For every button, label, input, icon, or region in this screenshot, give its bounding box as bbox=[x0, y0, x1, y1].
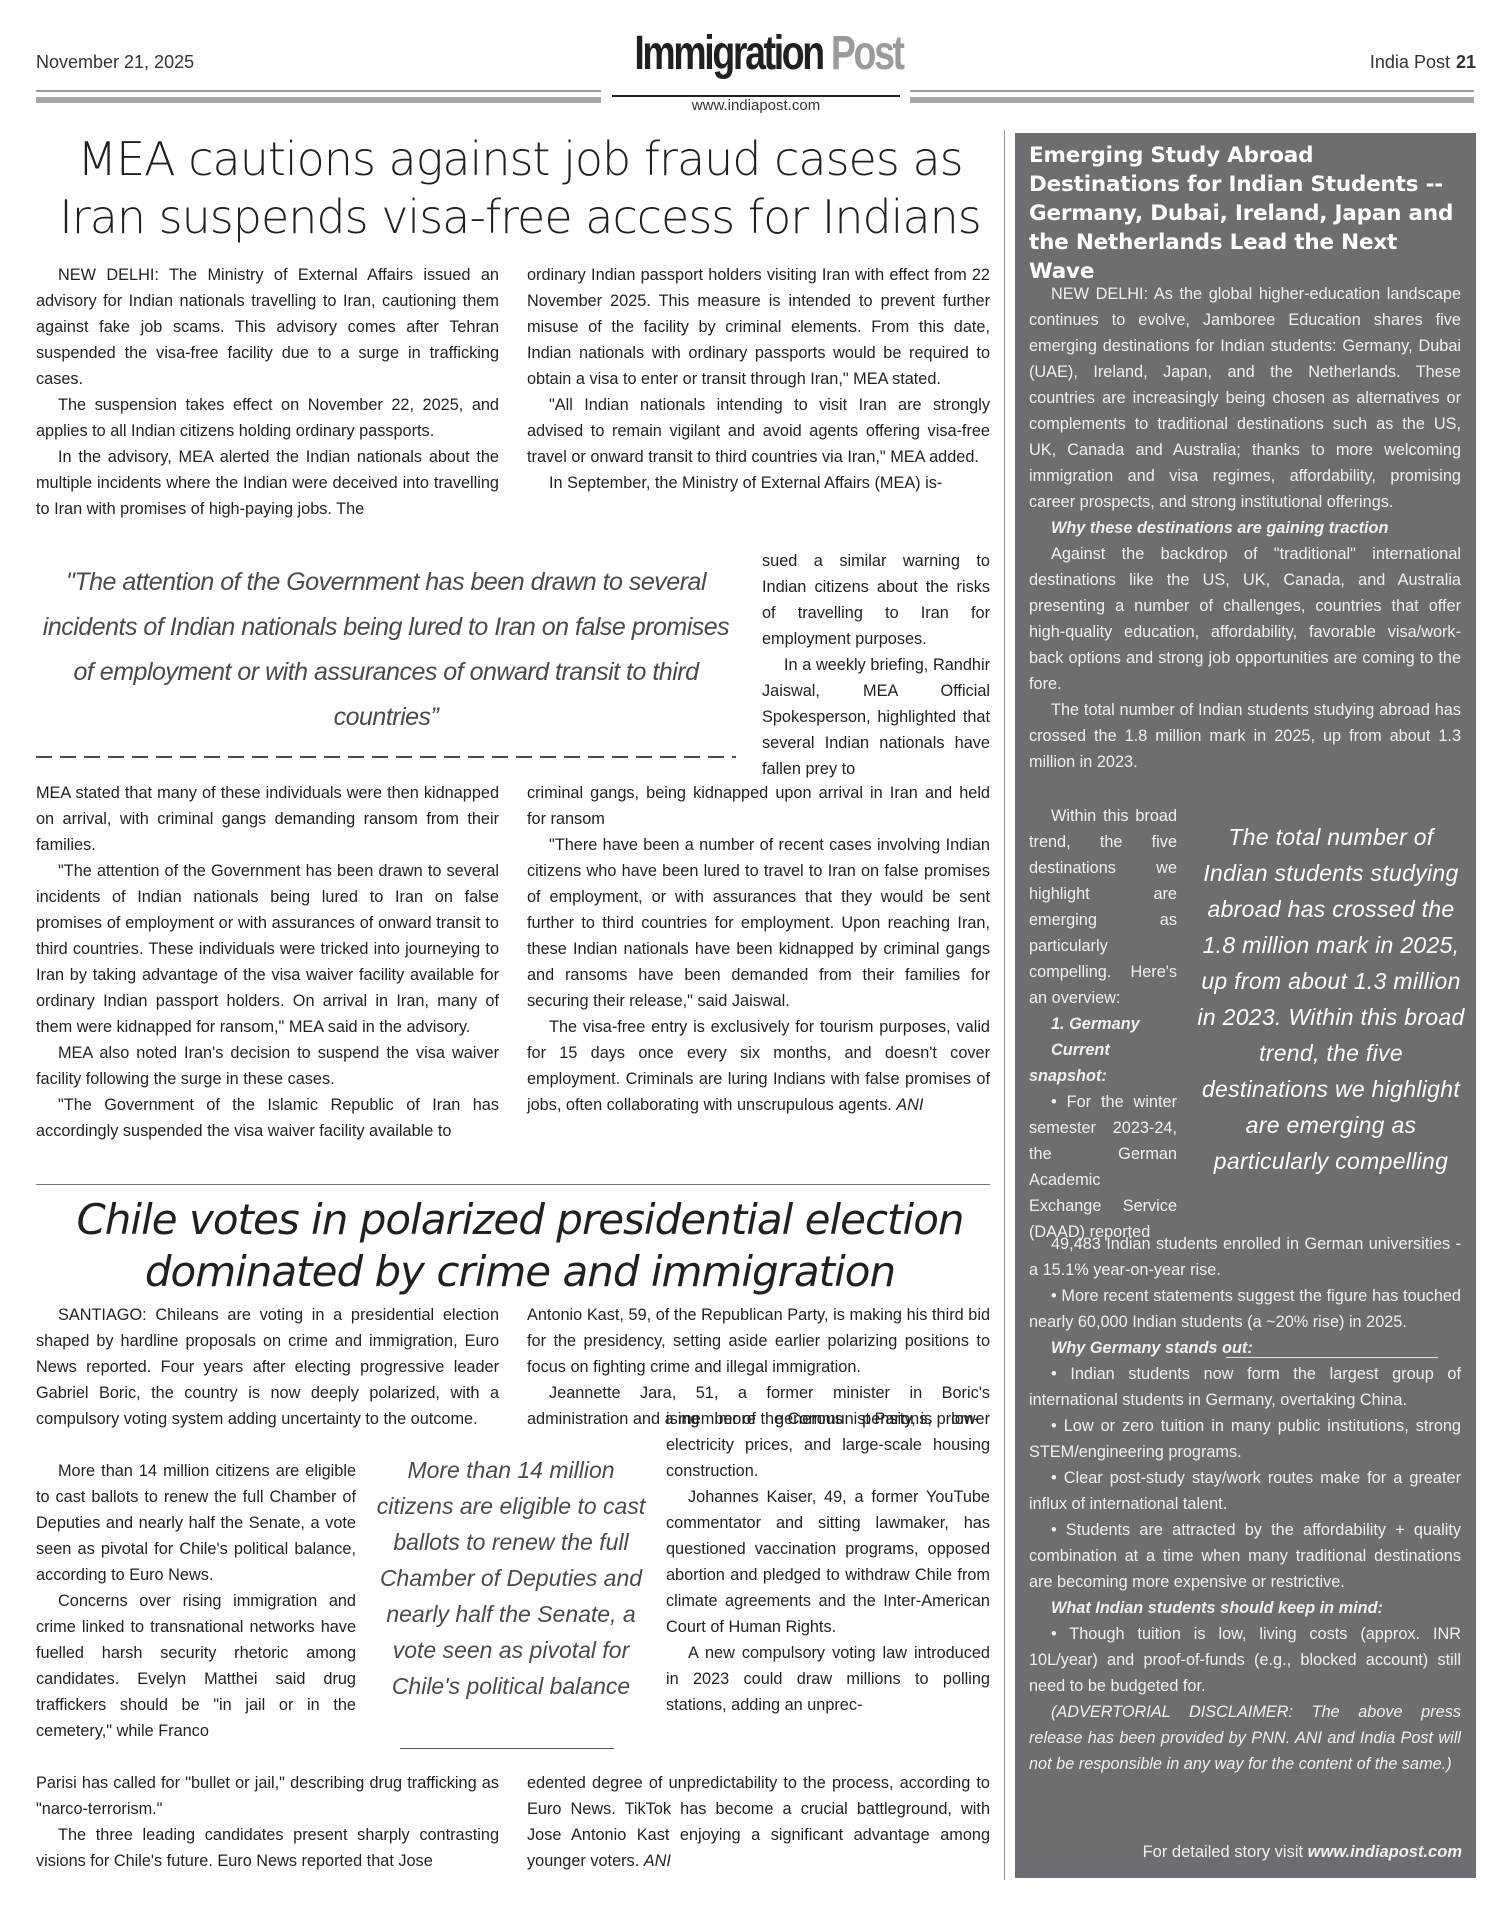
paragraph: NEW DELHI: The Ministry of External Affa… bbox=[36, 262, 499, 392]
paragraph: edented degree of unpredictability to th… bbox=[527, 1770, 990, 1874]
paragraph: "All Indian nationals intending to visit… bbox=[527, 392, 990, 470]
article1-column1: NEW DELHI: The Ministry of External Affa… bbox=[36, 262, 499, 522]
paragraph: Johannes Kaiser, 49, a former YouTube co… bbox=[666, 1484, 990, 1640]
paragraph: Against the backdrop of "traditional" in… bbox=[1029, 541, 1461, 697]
masthead-rule bbox=[910, 90, 1474, 92]
paragraph: MEA also noted Iran's decision to suspen… bbox=[36, 1040, 499, 1092]
paragraph: sued a similar warning to Indian citizen… bbox=[762, 548, 990, 652]
paragraph: Parisi has called for "bullet or jail," … bbox=[36, 1770, 499, 1822]
pull-quote-rule bbox=[400, 1748, 614, 1749]
article1-pull-quote: "The attention of the Government has bee… bbox=[36, 560, 736, 740]
advertorial-sidebar: Emerging Study Abroad Destinations for I… bbox=[1015, 133, 1476, 1878]
bullet-item: • Clear post-study stay/work routes make… bbox=[1029, 1465, 1461, 1517]
paragraph: Within this broad trend, the five destin… bbox=[1029, 803, 1177, 1011]
article2-pull-quote: More than 14 million citizens are eligib… bbox=[370, 1452, 652, 1704]
bullet-item: • Indian students now form the largest g… bbox=[1029, 1361, 1461, 1413]
bullet-item: • Though tuition is low, living costs (a… bbox=[1029, 1621, 1461, 1699]
paragraph: More than 14 million citizens are eligib… bbox=[36, 1458, 356, 1588]
article1-column2: ordinary Indian passport holders visitin… bbox=[527, 262, 990, 496]
paragraph: "The Government of the Islamic Republic … bbox=[36, 1092, 499, 1144]
page-number: 21 bbox=[1456, 52, 1476, 72]
article1-headline: MEA cautions against job fraud cases as … bbox=[36, 130, 1004, 246]
paragraph: NEW DELHI: As the global higher-educatio… bbox=[1029, 281, 1461, 515]
masthead-title-part1: Immigration bbox=[634, 27, 823, 80]
subheading-snapshot: Current snapshot: bbox=[1029, 1037, 1177, 1089]
publication-name: India Post bbox=[1370, 52, 1450, 72]
sidebar-narrow-column: Within this broad trend, the five destin… bbox=[1029, 803, 1177, 1245]
article2-column1: SANTIAGO: Chileans are voting in a presi… bbox=[36, 1302, 499, 1432]
paragraph: The total number of Indian students stud… bbox=[1029, 697, 1461, 775]
subheading: What Indian students should keep in mind… bbox=[1029, 1595, 1461, 1621]
masthead-rule bbox=[36, 97, 601, 103]
article1-column1-continued: MEA stated that many of these individual… bbox=[36, 780, 499, 1144]
paragraph: Concerns over rising immigration and cri… bbox=[36, 1588, 356, 1744]
article1-column2-narrow: sued a similar warning to Indian citizen… bbox=[762, 548, 990, 782]
masthead-rule bbox=[36, 90, 601, 92]
sidebar-footer: For detailed story visit www.indiapost.c… bbox=[1143, 1843, 1462, 1862]
sidebar-headline: Emerging Study Abroad Destinations for I… bbox=[1029, 141, 1469, 286]
article-credit: ANI bbox=[644, 1852, 671, 1870]
bullet-item: • Low or zero tuition in many public ins… bbox=[1029, 1413, 1461, 1465]
subheading-germany: 1. Germany bbox=[1029, 1011, 1177, 1037]
article1-column2-continued: criminal gangs, being kidnapped upon arr… bbox=[527, 780, 990, 1118]
paragraph: In a weekly briefing, Randhir Jaiswal, M… bbox=[762, 652, 990, 782]
article2-column1-continued: Parisi has called for "bullet or jail," … bbox=[36, 1770, 499, 1874]
paragraph: The suspension takes effect on November … bbox=[36, 392, 499, 444]
bullet-item: • For the winter semester 2023-24, the G… bbox=[1029, 1089, 1177, 1245]
sidebar-pull-quote: The total number of Indian students stud… bbox=[1195, 819, 1467, 1179]
masthead-title-part2: Post bbox=[831, 27, 903, 80]
section-divider bbox=[36, 1184, 990, 1185]
issue-date: November 21, 2025 bbox=[36, 52, 194, 73]
pull-quote-dashed-rule bbox=[36, 756, 736, 758]
column-divider bbox=[1004, 130, 1005, 1880]
subheading: Why Germany stands out: bbox=[1029, 1335, 1461, 1361]
paragraph: Antonio Kast, 59, of the Republican Part… bbox=[527, 1302, 990, 1380]
footer-link[interactable]: www.indiapost.com bbox=[1308, 1843, 1462, 1861]
paragraph: ordinary Indian passport holders visitin… bbox=[527, 262, 990, 392]
paragraph: In the advisory, MEA alerted the Indian … bbox=[36, 444, 499, 522]
paragraph: "The attention of the Government has bee… bbox=[36, 858, 499, 1040]
paragraph: The three leading candidates present sha… bbox=[36, 1822, 499, 1874]
bullet-continuation: 49,483 Indian students enrolled in Germa… bbox=[1029, 1231, 1461, 1283]
article2-headline: Chile votes in polarized presidential el… bbox=[36, 1194, 1004, 1298]
paragraph: The visa-free entry is exclusively for t… bbox=[527, 1014, 990, 1118]
paragraph: MEA stated that many of these individual… bbox=[36, 780, 499, 858]
paragraph-text: edented degree of unpredictability to th… bbox=[527, 1774, 990, 1870]
masthead-title: Immigration Post bbox=[634, 30, 877, 78]
paragraph: criminal gangs, being kidnapped upon arr… bbox=[527, 780, 990, 832]
footer-prefix: For detailed story visit bbox=[1143, 1843, 1303, 1861]
article2-column2-narrow: ising more generous pensions, lower elec… bbox=[666, 1406, 990, 1718]
article2-column2-continued: edented degree of unpredictability to th… bbox=[527, 1770, 990, 1874]
sidebar-intro-block: NEW DELHI: As the global higher-educatio… bbox=[1029, 281, 1461, 775]
masthead-rule bbox=[910, 97, 1474, 103]
paragraph: In September, the Ministry of External A… bbox=[527, 470, 990, 496]
paragraph: ising more generous pensions, lower elec… bbox=[666, 1406, 990, 1484]
article-credit: ANI bbox=[896, 1096, 923, 1114]
bullet-item: • More recent statements suggest the fig… bbox=[1029, 1283, 1461, 1335]
article2-column1-narrow: More than 14 million citizens are eligib… bbox=[36, 1458, 356, 1744]
subheading: Why these destinations are gaining tract… bbox=[1029, 515, 1461, 541]
bullet-item: • Students are attracted by the affordab… bbox=[1029, 1517, 1461, 1595]
advertorial-disclaimer: (ADVERTORIAL DISCLAIMER: The above press… bbox=[1029, 1699, 1461, 1777]
paragraph: SANTIAGO: Chileans are voting in a presi… bbox=[36, 1302, 499, 1432]
masthead-url[interactable]: www.indiapost.com bbox=[600, 97, 912, 114]
sidebar-lower-block: 49,483 Indian students enrolled in Germa… bbox=[1029, 1231, 1461, 1777]
paragraph: "There have been a number of recent case… bbox=[527, 832, 990, 1014]
page-label: India Post21 bbox=[1370, 52, 1476, 73]
paragraph: A new compulsory voting law introduced i… bbox=[666, 1640, 990, 1718]
